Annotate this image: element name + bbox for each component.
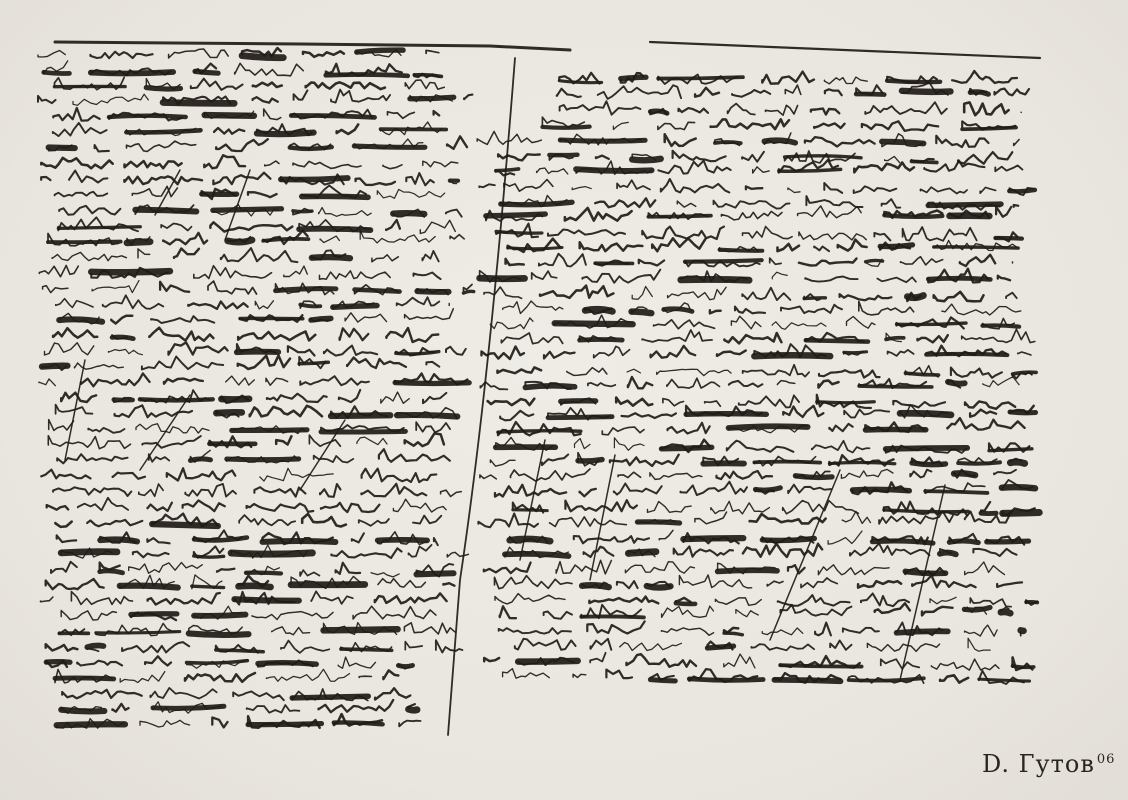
artist-signature: D. Гутов06 xyxy=(982,750,1115,778)
signature-name: D. Гутов xyxy=(982,750,1095,778)
painting-canvas: D. Гутов06 xyxy=(0,0,1128,800)
handwriting-ink-layer xyxy=(0,0,1128,800)
signature-year: 06 xyxy=(1097,752,1116,767)
